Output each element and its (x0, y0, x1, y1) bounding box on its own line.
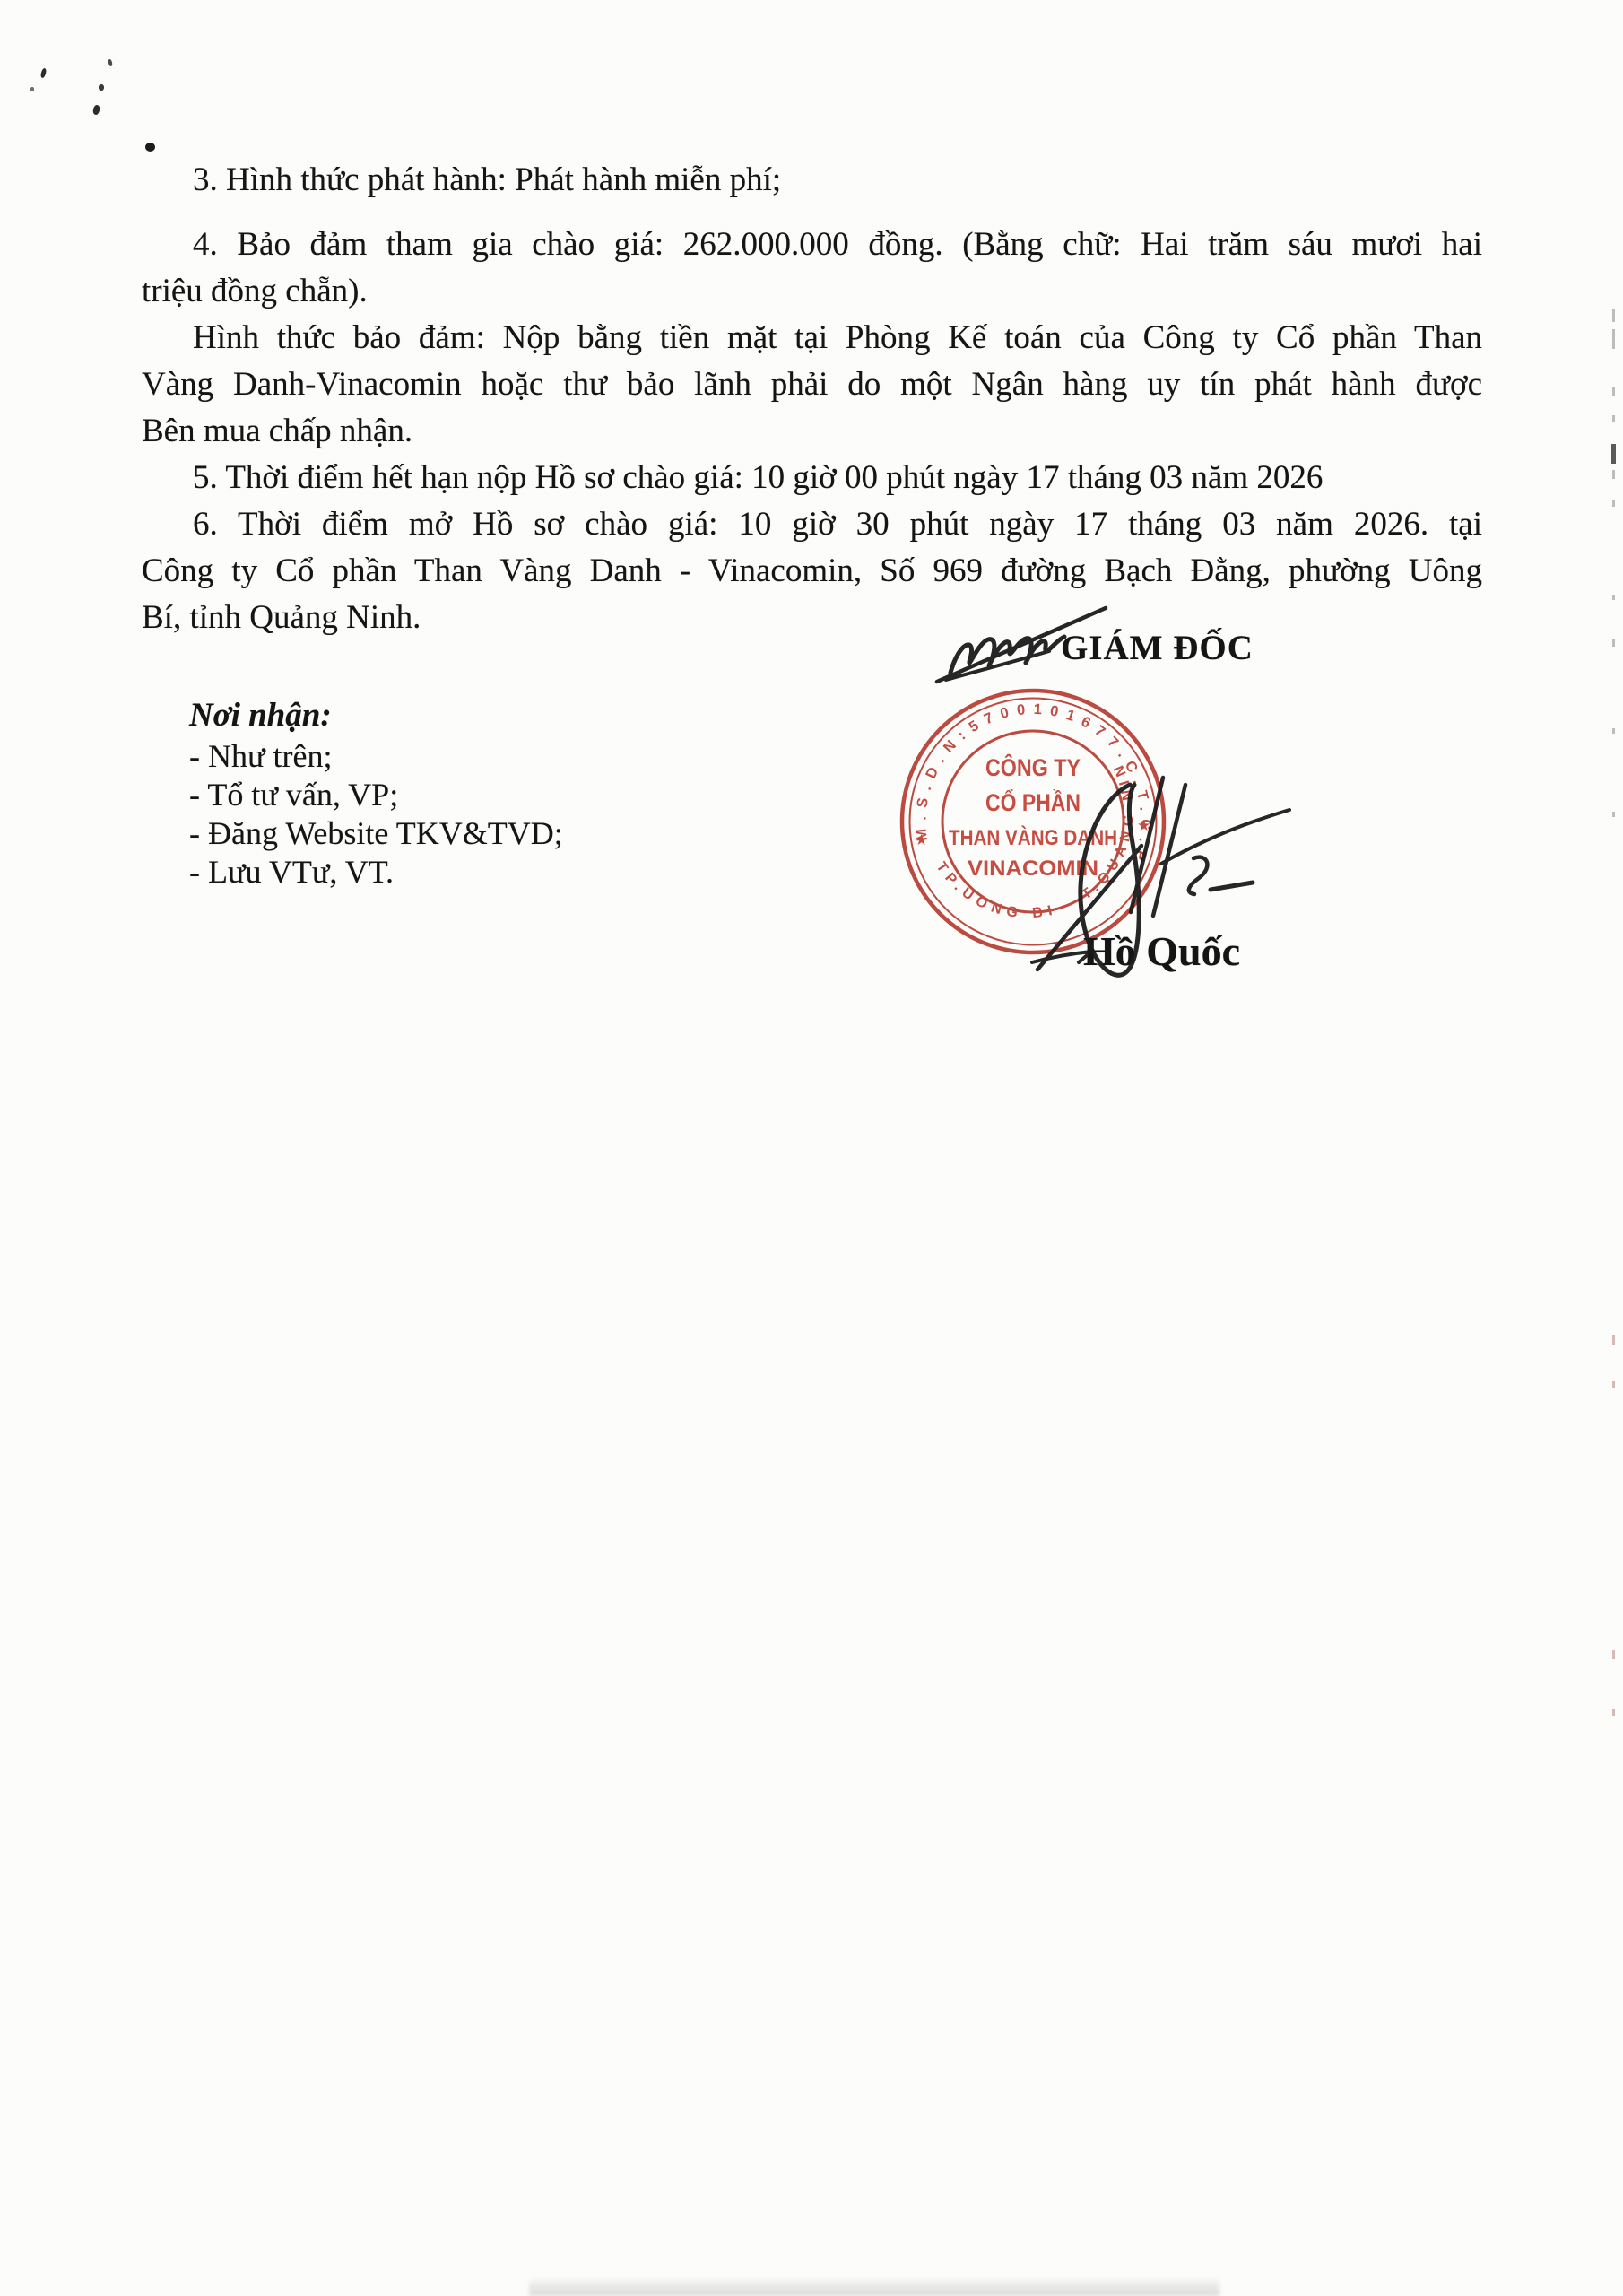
scan-artifact-dash (1611, 444, 1616, 464)
ink-speck (108, 59, 113, 67)
doc-line: Hình thức bảo đảm: Nộp bằng tiền mặt tại… (142, 315, 1482, 361)
doc-line: Công ty Cổ phần Than Vàng Danh - Vinacom… (142, 548, 1482, 595)
recipients-heading: Nơi nhận: (189, 696, 563, 735)
scan-artifact-dash (1612, 415, 1615, 422)
scan-artifact-dash (1612, 595, 1615, 600)
doc-line: triệu đồng chẵn). (142, 268, 1482, 315)
doc-line: 3. Hình thức phát hành: Phát hành miễn p… (142, 157, 1482, 204)
doc-line: 5. Thời điểm hết hạn nộp Hồ sơ chào giá:… (142, 455, 1482, 501)
doc-line: 4. Bảo đảm tham gia chào giá: 262.000.00… (142, 222, 1482, 268)
scanned-document-page: 3. Hình thức phát hành: Phát hành miễn p… (0, 0, 1623, 2296)
recipients-list: - Như trên;- Tổ tư vấn, VP;- Đăng Websit… (189, 737, 563, 891)
recipients-block: Nơi nhận: - Như trên;- Tổ tư vấn, VP;- Đ… (189, 696, 563, 891)
doc-line: 6. Thời điểm mở Hồ sơ chào giá: 10 giờ 3… (142, 501, 1482, 548)
ink-speck (30, 87, 34, 91)
scan-artifact-dash (1612, 728, 1615, 734)
scan-artifact-dash (1612, 387, 1615, 396)
doc-line: Bí, tỉnh Quảng Ninh. (142, 595, 1482, 641)
scan-artifact-dash (1612, 470, 1615, 479)
ink-speck (145, 143, 155, 152)
scan-artifact-dash (1612, 1381, 1615, 1388)
scan-artifact-dash (1612, 812, 1615, 817)
scan-artifact-dash (1612, 329, 1615, 349)
doc-line: Bên mua chấp nhận. (142, 408, 1482, 455)
scan-artifact-dash (1612, 1650, 1615, 1659)
scan-smudge (529, 2276, 1219, 2296)
signature-main-ink (1027, 758, 1296, 991)
scan-artifact-dash (1612, 639, 1615, 647)
document-body: 3. Hình thức phát hành: Phát hành miễn p… (142, 157, 1482, 641)
recipient-item: - Lưu VTư, VT. (189, 853, 563, 891)
scan-artifact-dash (1612, 309, 1615, 322)
scan-artifact-dash (1612, 1335, 1615, 1345)
doc-line: Vàng Danh-Vinacomin hoặc thư bảo lãnh ph… (142, 361, 1482, 408)
recipient-item: - Như trên; (189, 737, 563, 776)
recipient-item: - Đăng Website TKV&TVD; (189, 814, 563, 853)
ink-speck (92, 104, 100, 115)
seal-star-left-icon: ★ (915, 831, 928, 848)
scan-artifact-dash (1612, 1709, 1615, 1716)
ink-speck (40, 68, 48, 79)
recipient-item: - Tổ tư vấn, VP; (189, 776, 563, 814)
scan-artifact-dash (1612, 500, 1615, 507)
ink-speck (99, 84, 104, 91)
signer-title: GIÁM ĐỐC (1061, 628, 1254, 668)
